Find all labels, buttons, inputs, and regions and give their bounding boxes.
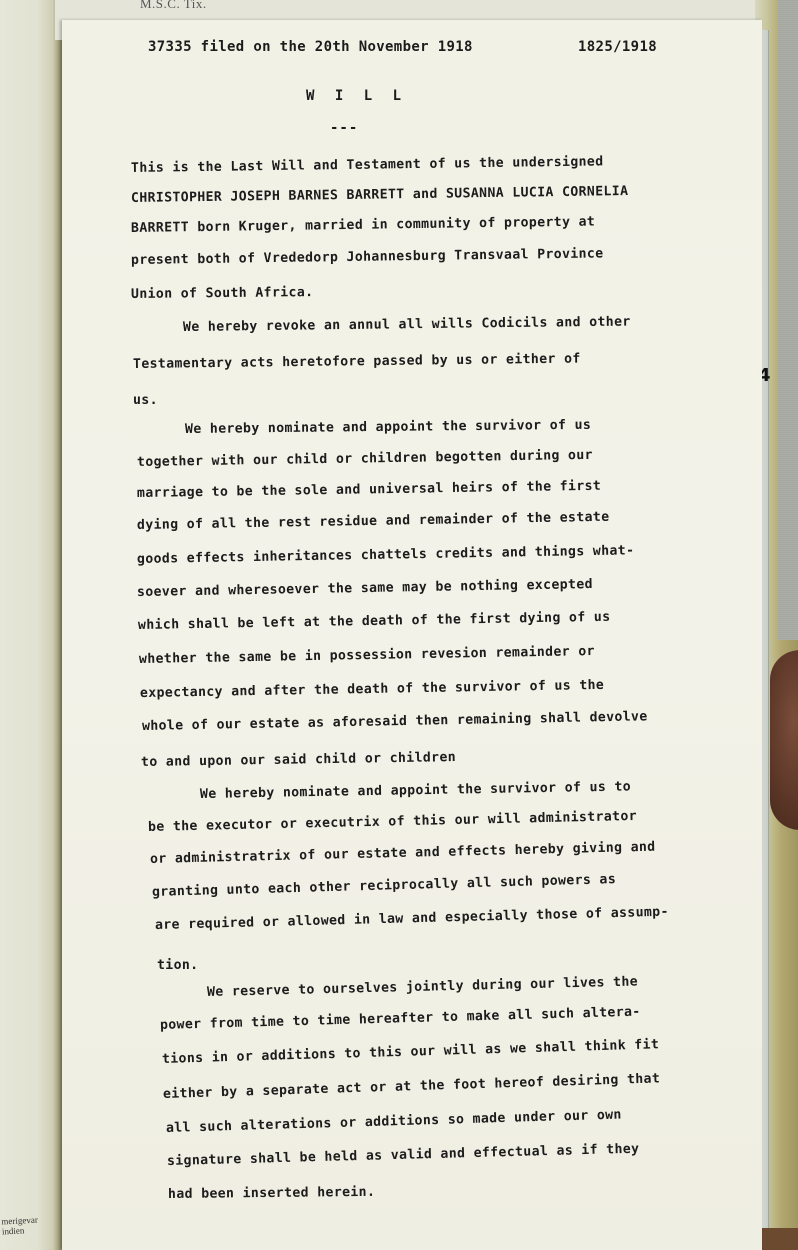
will-text-line: together with our child or children bego…	[137, 448, 593, 470]
will-text-line: granting unto each other reciprocally al…	[152, 872, 616, 900]
will-text-line: We reserve to ourselves jointly during o…	[207, 974, 638, 1000]
will-text-line: tion.	[157, 958, 198, 973]
document-title: W I L L	[306, 88, 407, 104]
will-text-line: This is the Last Will and Testament of u…	[131, 154, 604, 176]
will-text-line: Testamentary acts heretofore passed by u…	[133, 352, 581, 372]
will-text-line: Union of South Africa.	[131, 285, 314, 302]
will-text-line: had been inserted herein.	[168, 1185, 375, 1202]
filing-note: 37335 filed on the 20th November 1918	[148, 39, 473, 55]
will-text-line: goods effects inheritances chattels cred…	[137, 543, 635, 567]
will-text-line: us.	[133, 393, 158, 408]
will-text-line: all such alterations or additions so mad…	[166, 1107, 622, 1136]
will-text-line: tions in or additions to this our will a…	[162, 1037, 660, 1067]
will-text-line: which shall be left at the death of the …	[138, 610, 611, 633]
will-text-line: We hereby nominate and appoint the survi…	[185, 418, 591, 437]
will-text-line: BARRETT born Kruger, married in communit…	[131, 215, 595, 236]
will-text-line: expectancy and after the death of the su…	[140, 678, 604, 701]
will-text-line: present both of Vrededorp Johannesburg T…	[131, 246, 604, 268]
will-text-line: dying of all the rest residue and remain…	[137, 510, 610, 533]
will-text-line: or administratrix of our estate and effe…	[150, 840, 656, 867]
will-text-line: marriage to be the sole and universal he…	[137, 479, 601, 501]
will-text-line: soever and wheresoever the same may be n…	[137, 577, 593, 600]
title-rule: ---	[330, 120, 358, 136]
will-text-line: whether the same be in possession revesi…	[139, 644, 595, 667]
will-text-line: We hereby nominate and appoint the survi…	[200, 779, 631, 802]
will-text-line: either by a separate act or at the foot …	[163, 1071, 661, 1102]
reference-number: 1825/1918	[578, 39, 657, 55]
will-text-line: We hereby revoke an annul all wills Codi…	[183, 315, 631, 335]
will-text-line: to and upon our said child or children	[141, 750, 456, 770]
will-text-line: whole of our estate as aforesaid then re…	[142, 709, 648, 734]
will-text-line: be the executor or executrix of this our…	[148, 809, 637, 835]
will-text-line: are required or allowed in law and espec…	[155, 905, 669, 933]
will-text-line: signature shall be held as valid and eff…	[167, 1142, 640, 1169]
document-text: 37335 filed on the 20th November 1918 18…	[0, 0, 798, 1250]
will-text-line: power from time to time hereafter to mak…	[160, 1005, 641, 1033]
will-text-line: CHRISTOPHER JOSEPH BARNES BARRETT and SU…	[131, 184, 629, 206]
